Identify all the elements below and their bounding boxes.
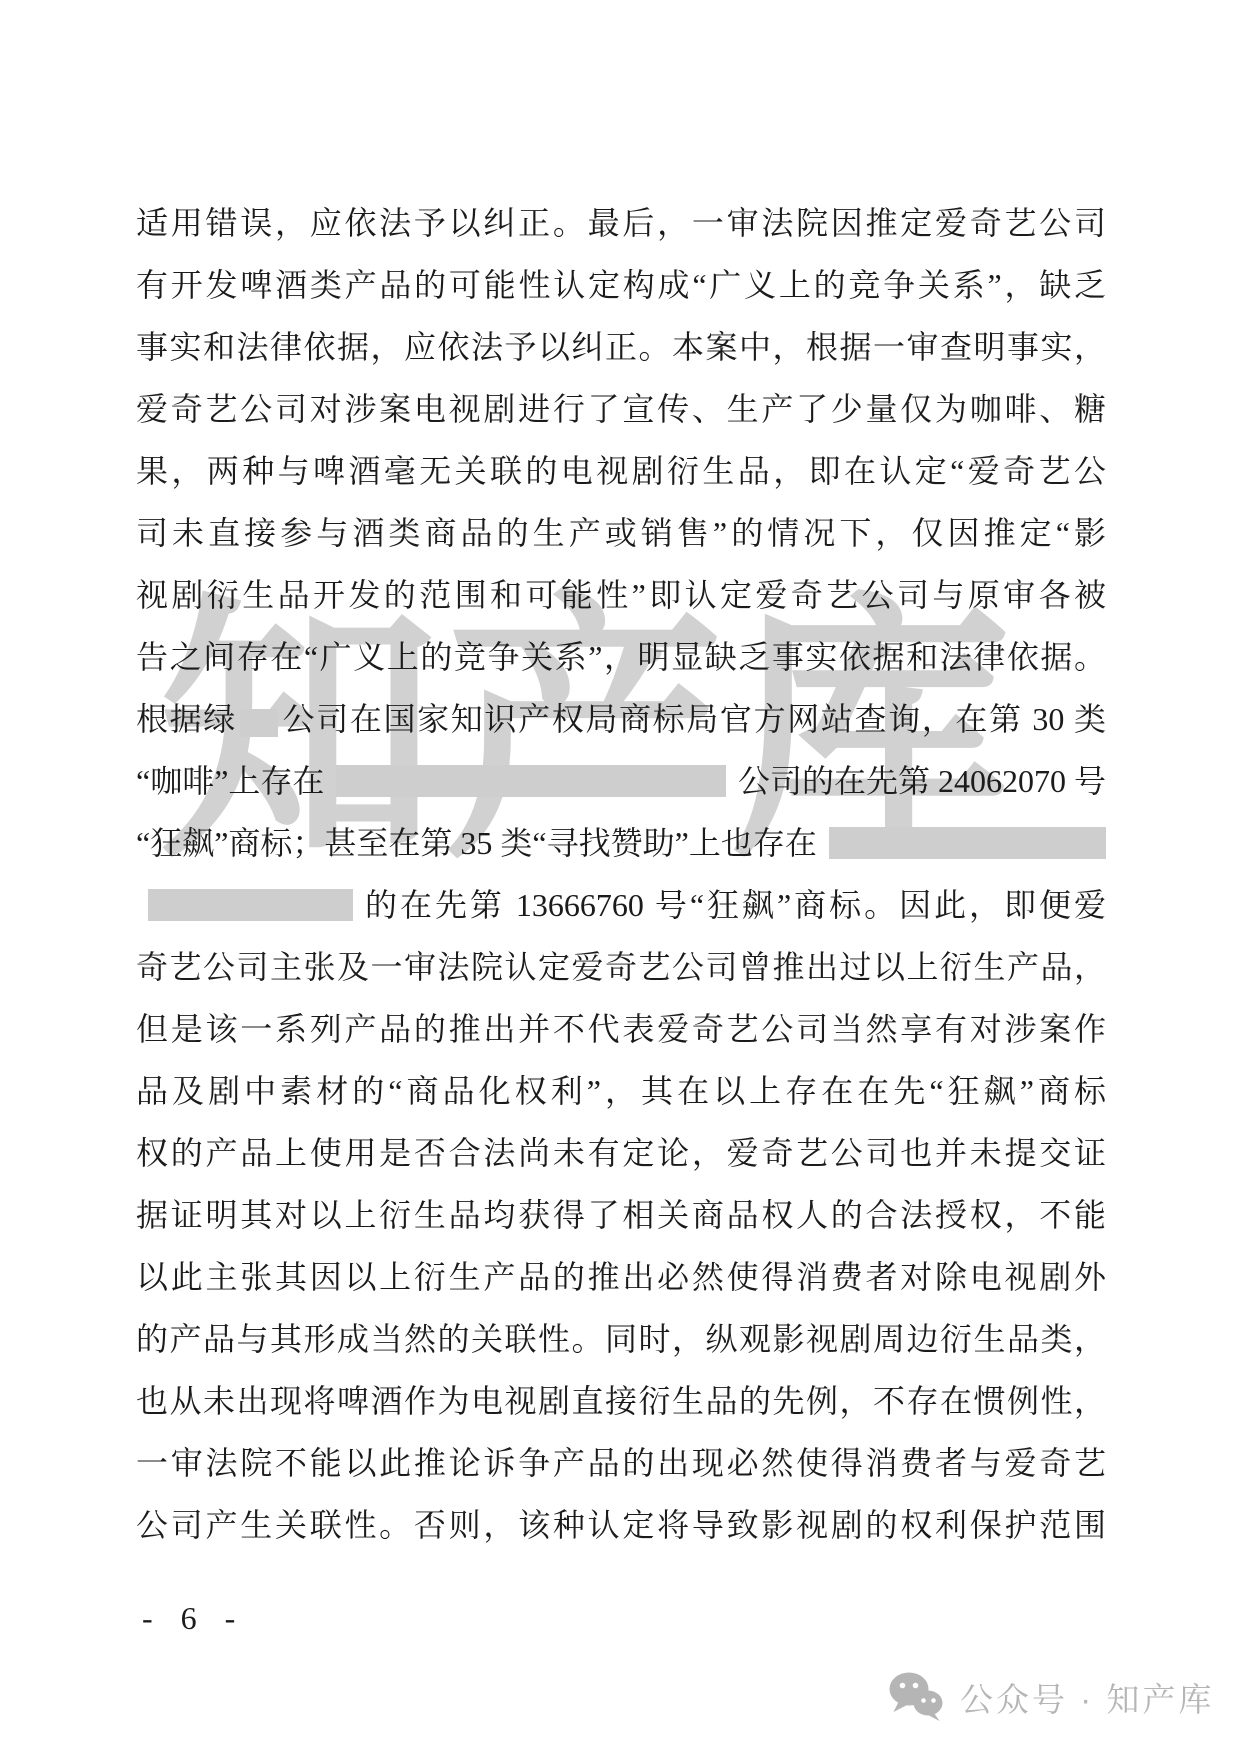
text-segment: 果，两种与啤酒毫无关联的电视剧衍生品，即在认定“爱奇艺公 [136, 453, 1106, 489]
page-number: - 6 - [142, 1598, 245, 1638]
text-segment: 有开发啤酒类产品的可能性认定构成“广义上的竞争关系”，缺乏 [136, 267, 1106, 303]
document-body: 适用错误，应依法予以纠正。最后，一审法院因推定爱奇艺公司有开发啤酒类产品的可能性… [136, 192, 1106, 1556]
redaction-box [240, 709, 278, 737]
text-segment: 品及剧中素材的“商品化权利”，其在以上存在在先“狂飙”商标 [136, 1073, 1106, 1109]
text-line-16: 权的产品上使用是否合法尚未有定论，爱奇艺公司也并未提交证 [136, 1122, 1106, 1184]
text-segment: 视剧衍生品开发的范围和可能性”即认定爱奇艺公司与原审各被 [136, 577, 1106, 613]
footer-label: 公众号 · 知产库 [960, 1674, 1214, 1721]
redaction-box [829, 827, 1106, 859]
text-segment: 权的产品上使用是否合法尚未有定论，爱奇艺公司也并未提交证 [136, 1135, 1106, 1171]
redaction-box [336, 765, 726, 797]
text-line-14: 但是该一系列产品的推出并不代表爱奇艺公司当然享有对涉案作 [136, 998, 1106, 1060]
footer-credit: 公众号 · 知产库 [888, 1672, 1214, 1722]
text-segment: 以此主张其因以上衍生产品的推出必然使得消费者对除电视剧外 [136, 1259, 1106, 1295]
text-segment: 公司在国家知识产权局商标局官方网站查询，在第 30 类 [281, 701, 1106, 737]
wechat-icon [888, 1672, 946, 1722]
text-segment: 公司产生关联性。否则，该种认定将导致影视剧的权利保护范围 [136, 1507, 1106, 1543]
text-line-5: 果，两种与啤酒毫无关联的电视剧衍生品，即在认定“爱奇艺公 [136, 440, 1106, 502]
text-line-7: 视剧衍生品开发的范围和可能性”即认定爱奇艺公司与原审各被 [136, 564, 1106, 626]
text-line-12: 的在先第 13666760 号“狂飙”商标。因此，即便爱 [136, 874, 1106, 936]
text-segment: 公司的在先第 24062070 号 [738, 750, 1106, 812]
text-segment: 告之间存在“广义上的竞争关系”，明显缺乏事实依据和法律依据。 [136, 639, 1106, 675]
text-segment: “狂飙”商标；甚至在第 35 类“寻找赞助”上也存在 [136, 812, 817, 874]
text-line-17: 据证明其对以上衍生品均获得了相关商品权人的合法授权，不能 [136, 1184, 1106, 1246]
text-segment: 的产品与其形成当然的关联性。同时，纵观影视剧周边衍生品类， [136, 1321, 1106, 1357]
text-line-2: 有开发啤酒类产品的可能性认定构成“广义上的竞争关系”，缺乏 [136, 254, 1106, 316]
text-segment: 但是该一系列产品的推出并不代表爱奇艺公司当然享有对涉案作 [136, 1011, 1106, 1047]
text-line-1: 适用错误，应依法予以纠正。最后，一审法院因推定爱奇艺公司 [136, 192, 1106, 254]
text-line-19: 的产品与其形成当然的关联性。同时，纵观影视剧周边衍生品类， [136, 1308, 1106, 1370]
text-line-10: “咖啡”上存在公司的在先第 24062070 号 [136, 750, 1106, 812]
text-line-11: “狂飙”商标；甚至在第 35 类“寻找赞助”上也存在 [136, 812, 1106, 874]
text-segment: 事实和法律依据，应依法予以纠正。本案中，根据一审查明事实， [136, 329, 1106, 365]
text-segment: 奇艺公司主张及一审法院认定爱奇艺公司曾推出过以上衍生产品， [136, 949, 1106, 985]
text-line-22: 公司产生关联性。否则，该种认定将导致影视剧的权利保护范围 [136, 1494, 1106, 1556]
text-segment: 适用错误，应依法予以纠正。最后，一审法院因推定爱奇艺公司 [136, 205, 1106, 241]
text-line-15: 品及剧中素材的“商品化权利”，其在以上存在在先“狂飙”商标 [136, 1060, 1106, 1122]
text-line-18: 以此主张其因以上衍生产品的推出必然使得消费者对除电视剧外 [136, 1246, 1106, 1308]
text-segment: 司未直接参与酒类商品的生产或销售”的情况下，仅因推定“影 [136, 515, 1106, 551]
text-line-8: 告之间存在“广义上的竞争关系”，明显缺乏事实依据和法律依据。 [136, 626, 1106, 688]
text-segment: 一审法院不能以此推论诉争产品的出现必然使得消费者与爱奇艺 [136, 1445, 1106, 1481]
document-page: 知产库 适用错误，应依法予以纠正。最后，一审法院因推定爱奇艺公司有开发啤酒类产品… [0, 0, 1240, 1753]
text-segment: 也从未出现将啤酒作为电视剧直接衍生品的先例，不存在惯例性， [136, 1383, 1106, 1419]
text-line-6: 司未直接参与酒类商品的生产或销售”的情况下，仅因推定“影 [136, 502, 1106, 564]
text-segment: 根据绿 [136, 701, 237, 737]
text-line-20: 也从未出现将啤酒作为电视剧直接衍生品的先例，不存在惯例性， [136, 1370, 1106, 1432]
text-line-13: 奇艺公司主张及一审法院认定爱奇艺公司曾推出过以上衍生产品， [136, 936, 1106, 998]
text-segment: “咖啡”上存在 [136, 750, 324, 812]
text-line-3: 事实和法律依据，应依法予以纠正。本案中，根据一审查明事实， [136, 316, 1106, 378]
text-line-4: 爱奇艺公司对涉案电视剧进行了宣传、生产了少量仅为咖啡、糖 [136, 378, 1106, 440]
text-segment: 爱奇艺公司对涉案电视剧进行了宣传、生产了少量仅为咖啡、糖 [136, 391, 1106, 427]
text-line-21: 一审法院不能以此推论诉争产品的出现必然使得消费者与爱奇艺 [136, 1432, 1106, 1494]
redaction-box [148, 889, 353, 921]
text-segment: 据证明其对以上衍生品均获得了相关商品权人的合法授权，不能 [136, 1197, 1106, 1233]
text-line-9: 根据绿公司在国家知识产权局商标局官方网站查询，在第 30 类 [136, 688, 1106, 750]
text-segment: 的在先第 13666760 号“狂飙”商标。因此，即便爱 [365, 874, 1106, 936]
